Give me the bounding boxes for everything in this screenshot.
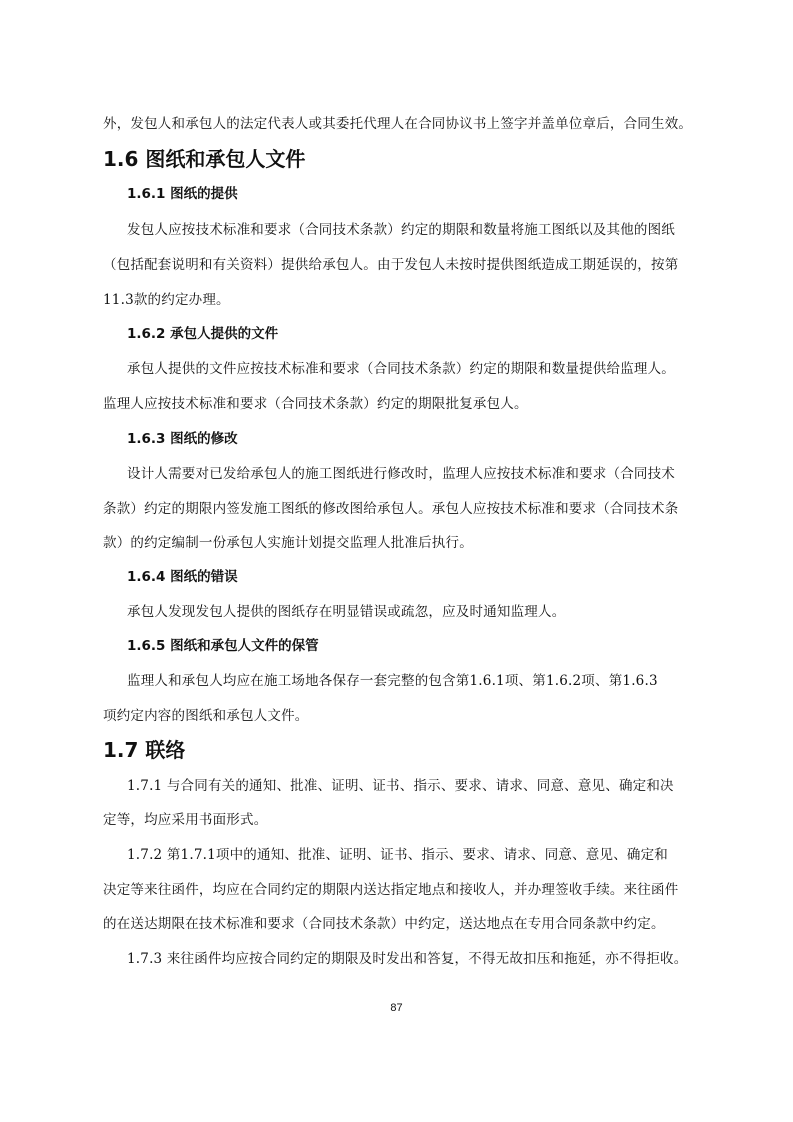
paragraph-line: 设计人需要对已发给承包人的施工图纸进行修改时，监理人应按技术标准和要求（合同技术 — [127, 462, 675, 482]
paragraph-line: 1.7.1 与合同有关的通知、批准、证明、证书、指示、要求、请求、同意、意见、确… — [127, 774, 674, 794]
paragraph-line: 发包人应按技术标准和要求（合同技术条款）约定的期限和数量将施工图纸以及其他的图纸 — [127, 218, 675, 238]
document-page: 外，发包人和承包人的法定代表人或其委托代理人在合同协议书上签字并盖单位章后，合同… — [0, 0, 793, 1122]
section-heading-1-6: 1.6 图纸和承包人文件 — [103, 143, 305, 172]
paragraph-line: 承包人发现发包人提供的图纸存在明显错误或疏忽，应及时通知监理人。 — [127, 600, 565, 620]
paragraph-line: 决定等来往函件，均应在合同约定的期限内送达指定地点和接收人，并办理签收手续。来往… — [103, 878, 678, 898]
paragraph-line: 项约定内容的图纸和承包人文件。 — [103, 704, 309, 724]
subsection-heading-1-6-2: 1.6.2 承包人提供的文件 — [127, 322, 278, 342]
paragraph-line: 的在送达期限在技术标准和要求（合同技术条款）中约定，送达地点在专用合同条款中约定… — [103, 912, 665, 932]
paragraph-line: 1.7.3 来往函件均应按合同约定的期限及时发出和答复，不得无故扣压和拖延，亦不… — [127, 947, 687, 967]
paragraph-line: 监理人应按技术标准和要求（合同技术条款）约定的期限批复承包人。 — [103, 392, 528, 412]
page-number: 87 — [0, 1002, 793, 1014]
paragraph-line: 承包人提供的文件应按技术标准和要求（合同技术条款）约定的期限和数量提供给监理人。 — [127, 357, 675, 377]
paragraph-line: 定等，均应采用书面形式。 — [103, 808, 267, 828]
paragraph-line: 款）的约定编制一份承包人实施计划提交监理人批准后执行。 — [103, 531, 473, 551]
paragraph-line: 1.7.2 第1.7.1项中的通知、批准、证明、证书、指示、要求、请求、同意、意… — [127, 843, 668, 863]
subsection-heading-1-6-4: 1.6.4 图纸的错误 — [127, 565, 238, 585]
paragraph-line: 条款）约定的期限内签发施工图纸的修改图给承包人。承包人应按技术标准和要求（合同技… — [103, 497, 678, 517]
paragraph-line: （包括配套说明和有关资料）提供给承包人。由于发包人未按时提供图纸造成工期延误的，… — [103, 253, 678, 273]
subsection-heading-1-6-5: 1.6.5 图纸和承包人文件的保管 — [127, 634, 319, 654]
section-heading-1-7: 1.7 联络 — [103, 734, 185, 763]
subsection-heading-1-6-3: 1.6.3 图纸的修改 — [127, 427, 238, 447]
paragraph-line: 11.3款的约定办理。 — [103, 288, 230, 308]
paragraph-line: 监理人和承包人均应在施工场地各保存一套完整的包含第1.6.1项、第1.6.2项、… — [127, 669, 658, 689]
subsection-heading-1-6-1: 1.6.1 图纸的提供 — [127, 182, 238, 202]
paragraph-line: 外，发包人和承包人的法定代表人或其委托代理人在合同协议书上签字并盖单位章后，合同… — [103, 112, 692, 132]
